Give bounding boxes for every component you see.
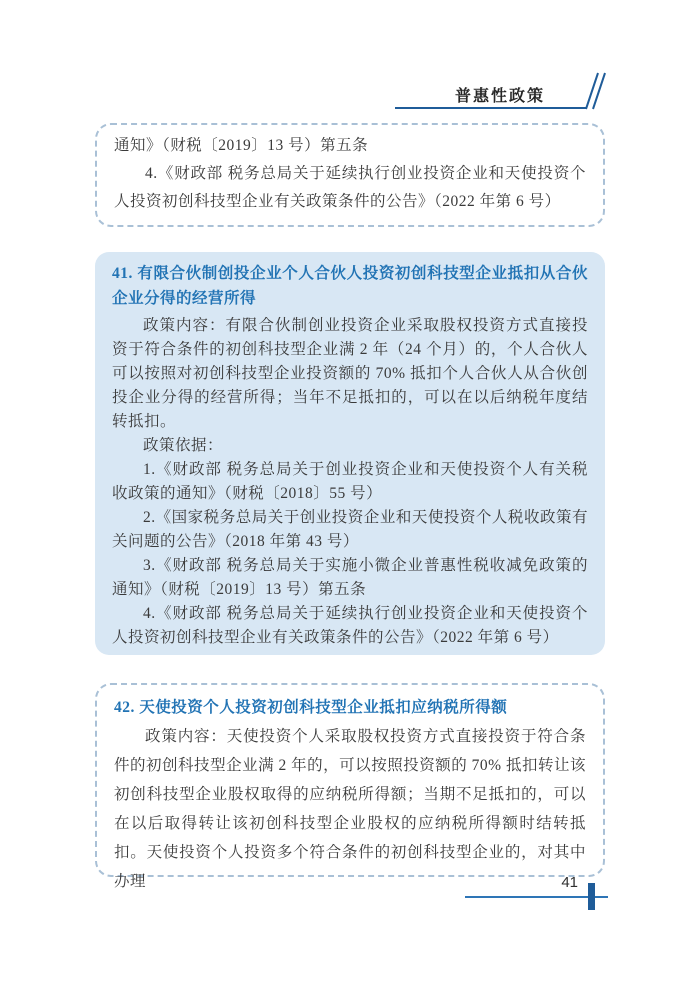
section-42-card: 42. 天使投资个人投资初创科技型企业抵扣应纳税所得额 政策内容：天使投资个人采… bbox=[95, 683, 605, 877]
footer-accent-bar bbox=[588, 883, 595, 910]
header-title: 普惠性政策 bbox=[415, 83, 585, 106]
section-42-paragraph: 政策内容：天使投资个人采取股权投资方式直接投资于符合条件的初创科技型企业满 2 … bbox=[114, 722, 586, 896]
section-42-title: 42. 天使投资个人投资初创科技型企业抵扣应纳税所得额 bbox=[114, 693, 586, 722]
continuation-text-line: 4.《财政部 税务总局关于延续执行创业投资企业和天使投资个人投资初创科技型企业有… bbox=[114, 160, 586, 216]
section-41-paragraph: 3.《财政部 税务总局关于实施小微企业普惠性税收减免政策的通知》（财税〔2019… bbox=[112, 554, 588, 602]
page-number: 41 bbox=[540, 874, 578, 891]
continuation-card: 通知》（财税〔2019〕13 号）第五条 4.《财政部 税务总局关于延续执行创业… bbox=[95, 123, 605, 227]
section-41-paragraph: 政策内容：有限合伙制创业投资企业采取股权投资方式直接投资于符合条件的初创科技型企… bbox=[112, 314, 588, 434]
page-header: 普惠性政策 bbox=[395, 70, 607, 112]
section-41-paragraph: 2.《国家税务总局关于创业投资企业和天使投资个人税收政策有关问题的公告》（201… bbox=[112, 506, 588, 554]
footer-rule bbox=[465, 896, 608, 898]
continuation-text-line: 通知》（财税〔2019〕13 号）第五条 bbox=[114, 132, 586, 160]
section-41-paragraph: 4.《财政部 税务总局关于延续执行创业投资企业和天使投资个人投资初创科技型企业有… bbox=[112, 602, 588, 650]
document-page: 普惠性政策 通知》（财税〔2019〕13 号）第五条 4.《财政部 税务总局关于… bbox=[0, 0, 700, 984]
section-41-paragraph: 政策依据： bbox=[112, 434, 588, 458]
double-slash-icon bbox=[583, 70, 607, 112]
section-41-card: 41. 有限合伙制创投企业个人合伙人投资初创科技型企业抵扣从合伙企业分得的经营所… bbox=[95, 252, 605, 655]
section-41-title: 41. 有限合伙制创投企业个人合伙人投资初创科技型企业抵扣从合伙企业分得的经营所… bbox=[112, 261, 588, 311]
header-rule bbox=[395, 107, 586, 109]
section-41-paragraph: 1.《财政部 税务总局关于创业投资企业和天使投资个人有关税收政策的通知》（财税〔… bbox=[112, 458, 588, 506]
